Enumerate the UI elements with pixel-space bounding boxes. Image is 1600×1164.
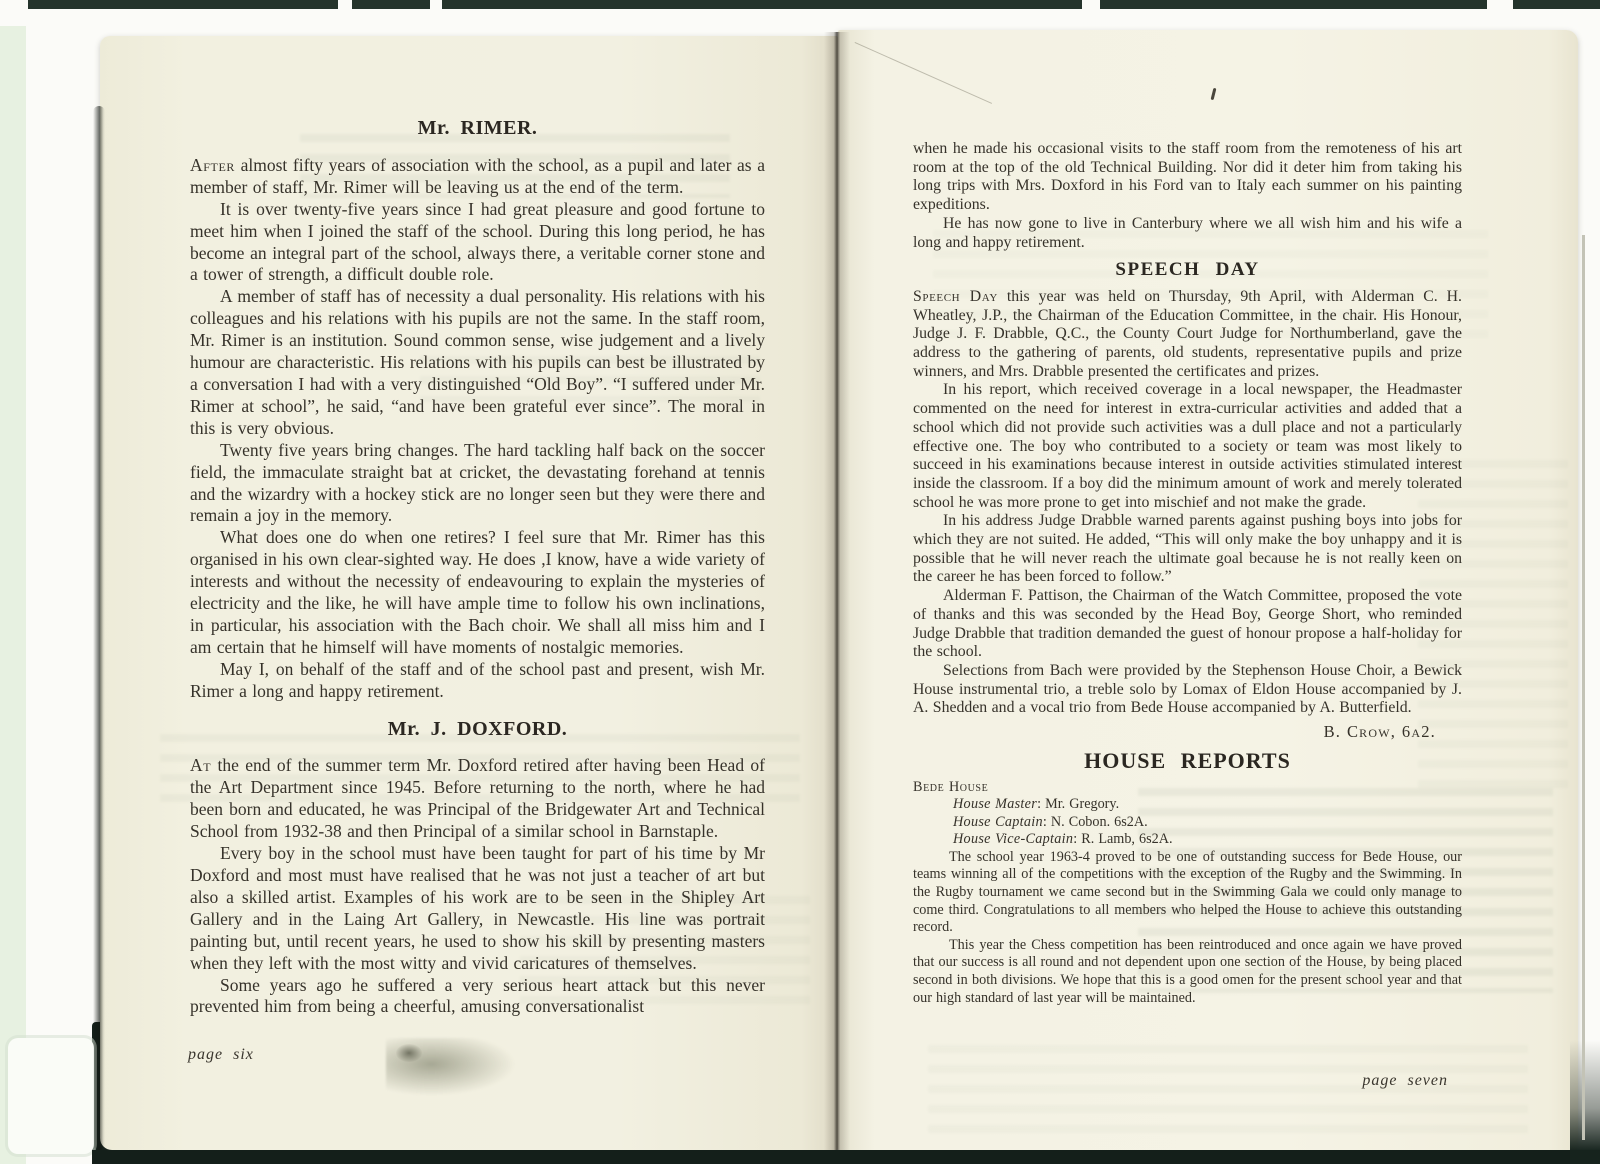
- continuation-paragraph: He has now gone to live in Canterbury wh…: [913, 215, 1462, 252]
- scanner-trim-gap: [338, 0, 352, 9]
- doxford-paragraph: At the end of the summer term Mr. Doxfor…: [190, 755, 765, 843]
- continuation-paragraph: when he made his occasional visits to th…: [913, 140, 1462, 215]
- officer-role: House Vice-Captain: [953, 831, 1073, 847]
- officer-row: House Vice-Captain: R. Lamb, 6s2A.: [913, 831, 1462, 849]
- right-page: when he made his occasional visits to th…: [838, 30, 1578, 1154]
- officer-row: House Master: Mr. Gregory.: [913, 796, 1462, 814]
- byline: B. Crow, 6a2.: [913, 723, 1462, 742]
- speech-day-paragraph: Speech Day this year was held on Thursda…: [913, 288, 1462, 382]
- rimer-paragraph: It is over twenty-five years since I had…: [190, 199, 765, 287]
- rimer-paragraph: What does one do when one retires? I fee…: [190, 527, 765, 658]
- rimer-paragraph: After almost fifty years of association …: [190, 155, 765, 199]
- scanner-trim-gap: [1487, 0, 1513, 9]
- paragraph-lead-smallcaps: Speech Day: [913, 288, 998, 305]
- scanner-mat-green-strip: [0, 26, 26, 1164]
- speech-day-paragraph: Selections from Bach were provided by th…: [913, 662, 1462, 718]
- page-number-seven: page seven: [913, 1072, 1476, 1090]
- scan-shadow-bottom-right: [1570, 1040, 1600, 1164]
- rimer-paragraph: Twenty five years bring changes. The har…: [190, 440, 765, 528]
- rimer-article-heading: Mr. RIMER.: [190, 118, 765, 140]
- bede-paragraph: This year the Chess competition has been…: [913, 937, 1462, 1007]
- officer-value: : Mr. Gregory.: [1037, 796, 1119, 812]
- officer-value: : R. Lamb, 6s2A.: [1073, 831, 1172, 847]
- doxford-paragraph: Every boy in the school must have been t…: [190, 843, 765, 974]
- page-edge-line: [1582, 235, 1585, 1140]
- paragraph-lead-smallcaps: At: [190, 755, 211, 775]
- scanner-trim-bottom: [92, 1150, 1600, 1164]
- ghost-text: [928, 1045, 1528, 1135]
- page-fold-shadow: [824, 32, 850, 1152]
- paragraph-text: almost fifty years of association with t…: [190, 155, 765, 197]
- right-page-text-column: when he made his occasional visits to th…: [913, 140, 1462, 1007]
- ink-stain-dot: [396, 1044, 422, 1062]
- bede-house-label: Bede House: [913, 779, 1462, 797]
- speech-day-paragraph: Alderman F. Pattison, the Chairman of th…: [913, 587, 1462, 662]
- officer-role: House Master: [953, 796, 1037, 812]
- officer-row: House Captain: N. Cobon. 6s2A.: [913, 814, 1462, 832]
- scanner-trim-gap: [430, 0, 442, 9]
- speech-day-paragraph: In his address Judge Drabble warned pare…: [913, 512, 1462, 587]
- page-number-six: page six: [188, 1046, 254, 1064]
- scanner-trim-top: [28, 0, 1600, 9]
- paragraph-lead-smallcaps: After: [190, 155, 235, 175]
- doxford-article-heading: Mr. J. DOXFORD.: [190, 719, 765, 741]
- speech-day-paragraph: In his report, which received coverage i…: [913, 381, 1462, 512]
- rimer-paragraph: May I, on behalf of the staff and of the…: [190, 659, 765, 703]
- officer-value: : N. Cobon. 6s2A.: [1043, 814, 1148, 830]
- scanner-trim-gap: [1082, 0, 1100, 9]
- scanned-magazine-spread: Mr. RIMER. After almost fifty years of a…: [0, 0, 1600, 1164]
- speech-day-heading: SPEECH DAY: [913, 261, 1462, 280]
- house-reports-section: Bede House House Master: Mr. Gregory. Ho…: [913, 779, 1462, 1008]
- rimer-paragraph: A member of staff has of necessity a dua…: [190, 286, 765, 439]
- left-page-text-column: Mr. RIMER. After almost fifty years of a…: [190, 118, 765, 1018]
- page-edge-shadow: [93, 106, 105, 1150]
- officer-role: House Captain: [953, 814, 1043, 830]
- bede-paragraph: The school year 1963-4 proved to be one …: [913, 849, 1462, 937]
- paragraph-text: the end of the summer term Mr. Doxford r…: [190, 755, 765, 841]
- scanner-mat-card: [8, 1038, 94, 1154]
- house-reports-heading: HOUSE REPORTS: [913, 752, 1462, 771]
- left-page: Mr. RIMER. After almost fifty years of a…: [100, 36, 838, 1150]
- doxford-paragraph: Some years ago he suffered a very seriou…: [190, 975, 765, 1019]
